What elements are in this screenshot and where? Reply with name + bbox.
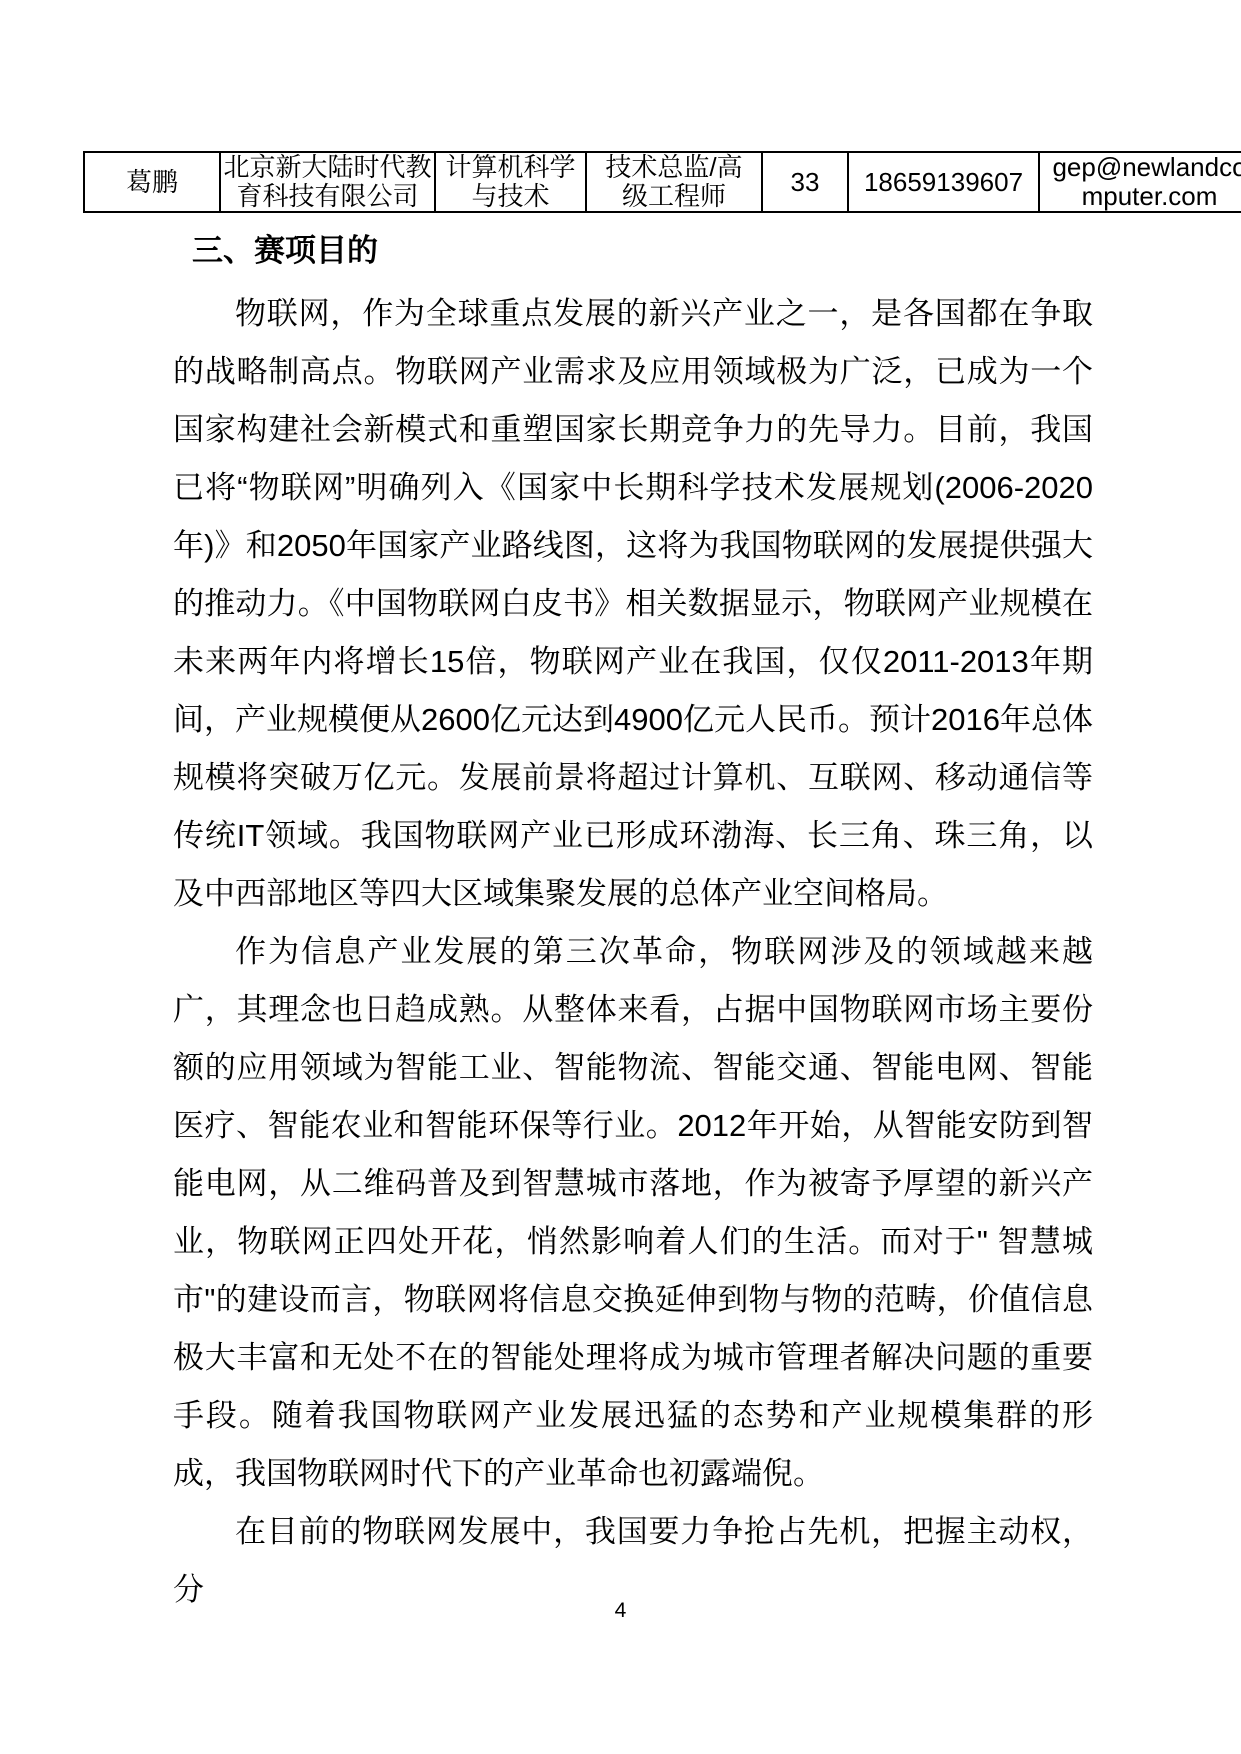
cell-phone: 18659139607	[848, 152, 1039, 212]
expert-info-table: 葛鹏 北京新大陆时代教育科技有限公司 计算机科学与技术 技术总监/高级工程师 3…	[83, 151, 1241, 213]
cell-email: gep@newlandcomputer.com	[1039, 152, 1241, 212]
cell-job-title: 技术总监/高级工程师	[586, 152, 762, 212]
section-heading: 三、赛项目的	[192, 231, 1241, 271]
paragraph-2: 作为信息产业发展的第三次革命，物联网涉及的领域越来越广，其理念也日趋成熟。从整体…	[173, 923, 1093, 1503]
cell-company: 北京新大陆时代教育科技有限公司	[220, 152, 435, 212]
page-number: 4	[0, 1598, 1241, 1624]
document-body: 物联网，作为全球重点发展的新兴产业之一，是各国都在争取的战略制高点。物联网产业需…	[173, 285, 1093, 1619]
cell-age: 33	[762, 152, 848, 212]
paragraph-1: 物联网，作为全球重点发展的新兴产业之一，是各国都在争取的战略制高点。物联网产业需…	[173, 285, 1093, 923]
table-row: 葛鹏 北京新大陆时代教育科技有限公司 计算机科学与技术 技术总监/高级工程师 3…	[84, 152, 1241, 212]
cell-expert-name: 葛鹏	[84, 152, 220, 212]
cell-major: 计算机科学与技术	[435, 152, 586, 212]
